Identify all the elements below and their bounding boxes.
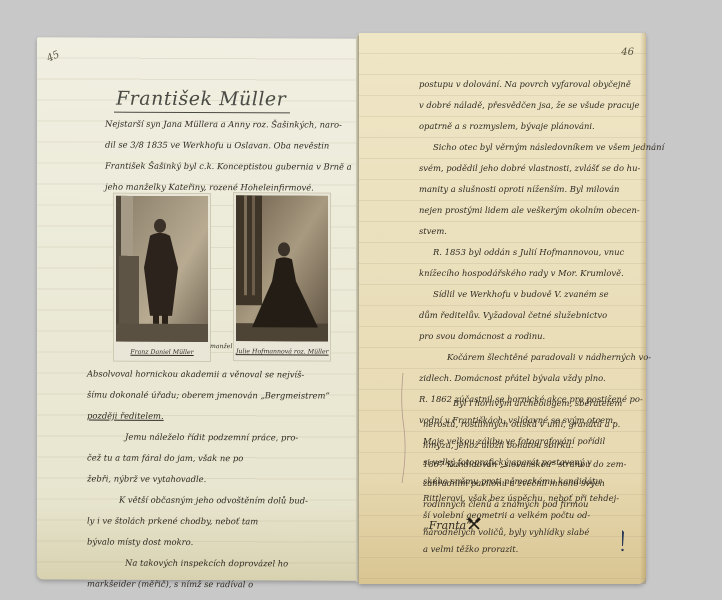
text-line: dům ředitelův. Vyžadoval četné služebnic… xyxy=(419,305,609,326)
paragraph-archaeology: Byl i horlivým archeologem, sběratelem n… xyxy=(423,393,622,456)
text-line: hmyzu, jehož uložil bohatou sbírku. xyxy=(423,435,622,456)
paragraph-election: 1867 Kandidován „slovanskou“ stranou do … xyxy=(423,456,626,558)
photo-man: Franz Daniel Müller xyxy=(113,193,211,362)
paragraph-corridors: K větší občasným jeho odvoštěním dolů bu… xyxy=(87,490,308,554)
text-line: Sídlil ve Werkhofu v budově V. zvaném se xyxy=(419,284,609,305)
photo-man-image xyxy=(116,196,208,343)
text-line: Sicho otec byl věrným následovníkem ve v… xyxy=(419,137,664,158)
text-line: Absolvoval hornickou akademii a věnoval … xyxy=(87,364,330,386)
ink-blot-mark xyxy=(620,530,625,552)
text-line: později ředitelem. xyxy=(87,406,330,428)
page-number-right: 46 xyxy=(621,47,634,58)
paragraph-inspections: Na takových inspekcích doprovázel ho mar… xyxy=(87,553,288,596)
left-page: 45 František Müller Nejstarší syn Jana M… xyxy=(37,37,359,580)
paragraph-mining-progress: postupu v dolování. Na povrch vyfaroval … xyxy=(419,74,639,137)
page-number-left: 45 xyxy=(45,49,61,64)
text-line: stvem. xyxy=(419,221,664,242)
text-line: ského sněmu proti německému kandidátu xyxy=(423,473,626,490)
text-line: národnělých voličů, byly vyhlídky slabé xyxy=(423,524,626,541)
text-line: čež tu a tam fáral do jam, však ne po xyxy=(87,448,298,470)
paragraph-intro: Nejstarší syn Jana Müllera a Anny roz. Š… xyxy=(105,114,352,199)
photo-woman: Julie Hofmannová roz. Müller xyxy=(233,192,331,361)
text-line: a velmi těžko prorazit. xyxy=(423,541,626,558)
text-line: postupu v dolování. Na povrch vyfaroval … xyxy=(419,74,639,95)
text-line: Jemu náleželo řídit podzemní práce, pro- xyxy=(87,427,298,449)
paragraph-academy: Absolvoval hornickou akademii a věnoval … xyxy=(87,364,330,428)
text-line: Nejstarší syn Jana Müllera a Anny roz. Š… xyxy=(105,114,352,136)
text-line: nejen prostými lidem ale veškerým okolní… xyxy=(419,200,664,221)
text-line: K větší občasným jeho odvoštěním dolů bu… xyxy=(87,490,308,512)
text-line: Na takových inspekcích doprovázel ho xyxy=(87,553,288,575)
text-line: šímu dokonalé úřadu; oberem jmenován „Be… xyxy=(87,385,330,407)
portrait-man-illustration xyxy=(116,196,208,342)
text-line: Kočárem šlechtěné paradovali v nádhernýc… xyxy=(419,347,651,368)
paragraph-underground: Jemu náleželo řídit podzemní práce, pro-… xyxy=(87,427,298,491)
text-line: svém, podědil jeho dobré vlastnosti, zvl… xyxy=(419,158,664,179)
photo-woman-image xyxy=(236,195,328,342)
text-line: manity a slušnosti oproti níženším. Byl … xyxy=(419,179,664,200)
paragraph-carriages: Kočárem šlechtěné paradovali v nádhernýc… xyxy=(419,347,651,389)
page-title: František Müller xyxy=(114,88,290,114)
portrait-woman-illustration xyxy=(236,195,328,341)
text-line: ší volební geometrii a velkém počtu od- xyxy=(423,507,626,524)
text-line: Byl i horlivým archeologem, sběratelem xyxy=(423,393,622,414)
pencil-margin-line xyxy=(398,373,408,483)
text-line: zidlech. Domácnost přátel bývala vždy pl… xyxy=(419,368,651,389)
text-line: Rittlerovi, však bez úspěchu, neboť při … xyxy=(423,490,626,507)
paragraph-residence: Sídlil ve Werkhofu v budově V. zvaném se… xyxy=(419,284,609,347)
paragraph-character: Sicho otec byl věrným následovníkem ve v… xyxy=(419,137,664,242)
text-line: František Šašinký byl c.k. Konceptistou … xyxy=(105,156,352,178)
text-line: dil se 3/8 1835 ve Werkhofu u Oslavan. O… xyxy=(105,135,352,157)
text-line: bývalo místy dost mokro. xyxy=(87,532,308,554)
text-line: markšeider (měřič), s nímž se radíval o xyxy=(87,574,288,596)
text-line: opatrně a s rozmyslem, bývaje plánováni. xyxy=(419,116,639,137)
photo-man-caption: Franz Daniel Müller xyxy=(116,345,208,360)
text-line: knížecího hospodářského rady v Mor. Krum… xyxy=(419,263,624,284)
photos-connector: manžel xyxy=(210,343,232,350)
paragraph-marriage: R. 1853 byl oddán s Julií Hofmannovou, v… xyxy=(419,242,624,284)
text-line: pro svou domácnost a rodinu. xyxy=(419,326,609,347)
text-line: v dobré náladě, přesvědčen jsa, že se vš… xyxy=(419,95,639,116)
text-line: žebři, nýbrž ve vytahovadle. xyxy=(87,469,298,491)
notebook-spread: 45 František Müller Nejstarší syn Jana M… xyxy=(0,0,722,600)
photo-woman-caption: Julie Hofmannová roz. Müller xyxy=(236,344,328,359)
text-line: ly i ve štolách prkené chodby, neboť tam xyxy=(87,511,308,533)
text-line: R. 1853 byl oddán s Julií Hofmannovou, v… xyxy=(419,242,624,263)
text-line: nerostů, rostlinných otisků v uhlí, gran… xyxy=(423,414,622,435)
text-line: 1867 Kandidován „slovanskou“ stranou do … xyxy=(423,456,626,473)
